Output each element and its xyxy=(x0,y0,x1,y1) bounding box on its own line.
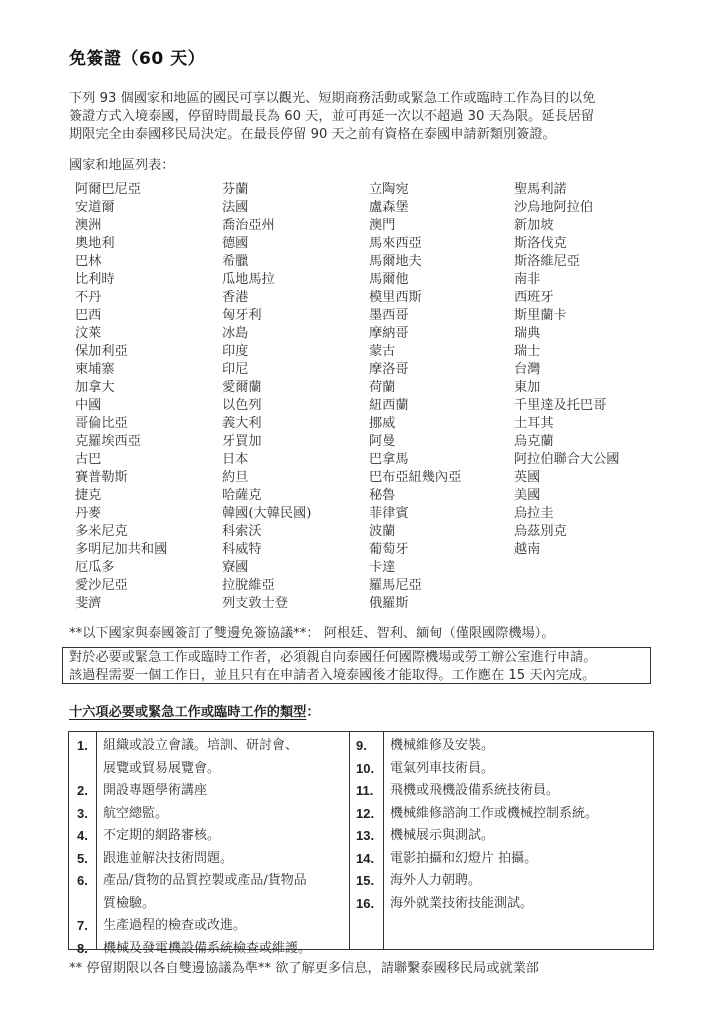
country-item: 愛爾蘭 xyxy=(222,379,372,397)
bilateral-agreement-note: **以下國家與泰國簽訂了雙邊免簽協議**： 阿根廷、智利、緬甸（僅限國際機場）。 xyxy=(69,622,555,641)
work-type-number: 5. xyxy=(69,848,96,871)
work-type-number xyxy=(69,893,96,916)
country-item: 拉脫維亞 xyxy=(222,577,372,595)
country-item: 盧森堡 xyxy=(369,199,519,217)
work-type-number: 12. xyxy=(349,803,383,826)
country-item: 冰島 xyxy=(222,325,372,343)
work-type-row: 3.航空總監。 xyxy=(69,803,349,826)
country-item: 紐西蘭 xyxy=(369,397,519,415)
country-item: 印度 xyxy=(222,343,372,361)
country-item: 列支敦士登 xyxy=(222,595,372,613)
country-item: 阿拉伯聯合大公國 xyxy=(514,451,664,469)
country-item: 馬來西亞 xyxy=(369,235,519,253)
country-item: 不丹 xyxy=(75,289,225,307)
country-item: 南非 xyxy=(514,271,664,289)
work-types-heading: 十六項必要或緊急工作或臨時工作的類型： xyxy=(69,701,320,720)
country-item: 挪威 xyxy=(369,415,519,433)
country-column-4: 聖馬利諾沙烏地阿拉伯新加坡斯洛伐克斯洛維尼亞南非西班牙斯里蘭卡瑞典瑞士台灣東加千… xyxy=(514,181,664,559)
country-item: 阿爾巴尼亞 xyxy=(75,181,225,199)
country-item: 日本 xyxy=(222,451,372,469)
country-item: 東加 xyxy=(514,379,664,397)
country-item: 沙烏地阿拉伯 xyxy=(514,199,664,217)
work-types-left-column: 1.組織或設立會議。培訓、研討會、展覽或貿易展覽會。2.開設專題學術講座3.航空… xyxy=(69,732,350,949)
country-item: 汶萊 xyxy=(75,325,225,343)
country-item: 中國 xyxy=(75,397,225,415)
work-type-row: 5.跟進並解決技術問題。 xyxy=(69,848,349,871)
country-item: 義大利 xyxy=(222,415,372,433)
notice-line: 該過程需要一個工作日，並且只有在申請者入境泰國後才能取得。工作應在 15 天內完… xyxy=(69,667,650,684)
work-type-text: 海外人力朝聘。 xyxy=(383,870,481,893)
country-item: 哈薩克 xyxy=(222,487,372,505)
country-item: 英國 xyxy=(514,469,664,487)
country-item: 烏拉圭 xyxy=(514,505,664,523)
work-type-number: 15. xyxy=(349,870,383,893)
country-item: 菲律賓 xyxy=(369,505,519,523)
heading-colon: ： xyxy=(306,705,319,720)
country-item: 秘魯 xyxy=(369,487,519,505)
work-type-text: 質檢驗。 xyxy=(96,893,155,916)
country-item: 羅馬尼亞 xyxy=(369,577,519,595)
country-item: 千里達及托巴哥 xyxy=(514,397,664,415)
work-type-number: 10. xyxy=(349,758,383,781)
country-item: 哥倫比亞 xyxy=(75,415,225,433)
country-item: 蒙古 xyxy=(369,343,519,361)
work-type-text: 展覽或貿易展覽會。 xyxy=(96,758,220,781)
work-type-text: 機械維修及安裝。 xyxy=(383,735,494,758)
intro-line: 簽證方式入境泰國，停留時間最長為 60 天，並可再延一次以不超過 30 天為限。… xyxy=(69,108,659,126)
work-type-text: 組織或設立會議。培訓、研討會、 xyxy=(96,735,298,758)
work-type-text: 航空總監。 xyxy=(96,803,168,826)
work-type-row: 15.海外人力朝聘。 xyxy=(349,870,653,893)
country-column-2: 芬蘭法國喬治亞州德國希臘瓜地馬拉香港匈牙利冰島印度印尼愛爾蘭以色列義大利牙買加日… xyxy=(222,181,372,613)
country-item: 科威特 xyxy=(222,541,372,559)
country-item: 多米尼克 xyxy=(75,523,225,541)
country-item: 巴布亞紐幾內亞 xyxy=(369,469,519,487)
work-type-number: 2. xyxy=(69,780,96,803)
country-item: 奧地利 xyxy=(75,235,225,253)
country-item: 加拿大 xyxy=(75,379,225,397)
country-item: 葡萄牙 xyxy=(369,541,519,559)
work-types-table: 1.組織或設立會議。培訓、研討會、展覽或貿易展覽會。2.開設專題學術講座3.航空… xyxy=(68,731,654,950)
work-type-number: 7. xyxy=(69,915,96,938)
country-column-1: 阿爾巴尼亞安道爾澳洲奧地利巴林比利時不丹巴西汶萊保加利亞柬埔寨加拿大中國哥倫比亞… xyxy=(75,181,225,613)
country-item: 聖馬利諾 xyxy=(514,181,664,199)
work-type-row: 16.海外就業技術技能測試。 xyxy=(349,893,653,916)
country-item: 厄瓜多 xyxy=(75,559,225,577)
country-item: 西班牙 xyxy=(514,289,664,307)
country-item: 立陶宛 xyxy=(369,181,519,199)
work-type-row: 11.飛機或飛機設備系統技術員。 xyxy=(349,780,653,803)
work-type-row: 質檢驗。 xyxy=(69,893,349,916)
country-item: 台灣 xyxy=(514,361,664,379)
country-item: 波蘭 xyxy=(369,523,519,541)
country-item: 澳門 xyxy=(369,217,519,235)
country-item: 韓國(大韓民國) xyxy=(222,505,372,523)
country-item: 芬蘭 xyxy=(222,181,372,199)
work-type-row: 12.機械維修諮詢工作或機械控制系統。 xyxy=(349,803,653,826)
country-item: 以色列 xyxy=(222,397,372,415)
work-type-text: 生產過程的檢查或改進。 xyxy=(96,915,246,938)
work-type-row: 13.機械展示與測試。 xyxy=(349,825,653,848)
country-item: 古巴 xyxy=(75,451,225,469)
country-item: 希臘 xyxy=(222,253,372,271)
country-item: 牙買加 xyxy=(222,433,372,451)
work-type-row: 9.機械維修及安裝。 xyxy=(349,735,653,758)
country-item: 柬埔寨 xyxy=(75,361,225,379)
work-type-rows: 9.機械維修及安裝。10.電氣列車技術員。11.飛機或飛機設備系統技術員。12.… xyxy=(349,735,653,915)
country-item: 多明尼加共和國 xyxy=(75,541,225,559)
country-item: 土耳其 xyxy=(514,415,664,433)
country-item: 巴拿馬 xyxy=(369,451,519,469)
work-type-rows: 1.組織或設立會議。培訓、研討會、展覽或貿易展覽會。2.開設專題學術講座3.航空… xyxy=(69,735,349,960)
country-item: 阿曼 xyxy=(369,433,519,451)
country-item: 俄羅斯 xyxy=(369,595,519,613)
country-item: 約旦 xyxy=(222,469,372,487)
work-type-row: 7.生產過程的檢查或改進。 xyxy=(69,915,349,938)
country-item: 摩洛哥 xyxy=(369,361,519,379)
work-types-right-column: 9.機械維修及安裝。10.電氣列車技術員。11.飛機或飛機設備系統技術員。12.… xyxy=(349,732,653,949)
work-type-number: 4. xyxy=(69,825,96,848)
country-item: 寮國 xyxy=(222,559,372,577)
country-item: 科索沃 xyxy=(222,523,372,541)
country-item: 馬爾他 xyxy=(369,271,519,289)
country-item: 保加利亞 xyxy=(75,343,225,361)
work-type-text: 飛機或飛機設備系統技術員。 xyxy=(383,780,559,803)
country-item: 斯洛維尼亞 xyxy=(514,253,664,271)
country-item: 墨西哥 xyxy=(369,307,519,325)
country-item: 模里西斯 xyxy=(369,289,519,307)
work-type-number: 1. xyxy=(69,735,96,758)
work-type-number: 16. xyxy=(349,893,383,916)
country-item: 克羅埃西亞 xyxy=(75,433,225,451)
country-item: 法國 xyxy=(222,199,372,217)
country-item: 愛沙尼亞 xyxy=(75,577,225,595)
country-item: 比利時 xyxy=(75,271,225,289)
work-type-row: 14.電影拍攝和幻燈片 拍攝。 xyxy=(349,848,653,871)
country-item: 馬爾地夫 xyxy=(369,253,519,271)
country-list-heading: 國家和地區列表： xyxy=(69,154,175,173)
country-item: 烏茲別克 xyxy=(514,523,664,541)
country-item: 荷蘭 xyxy=(369,379,519,397)
country-item: 巴林 xyxy=(75,253,225,271)
work-type-text: 電氣列車技術員。 xyxy=(383,758,494,781)
work-type-text: 海外就業技術技能測試。 xyxy=(383,893,533,916)
country-item: 賽普勒斯 xyxy=(75,469,225,487)
intro-line: 期限完全由泰國移民局決定。在最長停留 90 天之前有資格在泰國申請新類別簽證。 xyxy=(69,126,659,144)
country-item: 美國 xyxy=(514,487,664,505)
country-item: 斯洛伐克 xyxy=(514,235,664,253)
work-type-number xyxy=(69,758,96,781)
notice-box: 對於必要或緊急工作或臨時工作者，必須親自向泰國任何國際機場或勞工辦公室進行申請。… xyxy=(62,647,651,684)
country-item: 安道爾 xyxy=(75,199,225,217)
country-item: 斐濟 xyxy=(75,595,225,613)
work-type-row: 1.組織或設立會議。培訓、研討會、 xyxy=(69,735,349,758)
work-type-text: 機械維修諮詢工作或機械控制系統。 xyxy=(383,803,598,826)
work-type-text: 電影拍攝和幻燈片 拍攝。 xyxy=(383,848,537,871)
work-type-row: 10.電氣列車技術員。 xyxy=(349,758,653,781)
work-type-text: 跟進並解決技術問題。 xyxy=(96,848,233,871)
country-item: 瑞士 xyxy=(514,343,664,361)
work-type-text: 開設專題學術講座 xyxy=(96,780,207,803)
work-types-heading-text: 十六項必要或緊急工作或臨時工作的類型 xyxy=(69,705,306,720)
work-type-number: 14. xyxy=(349,848,383,871)
work-type-number: 11. xyxy=(349,780,383,803)
work-type-row: 2.開設專題學術講座 xyxy=(69,780,349,803)
country-item: 捷克 xyxy=(75,487,225,505)
country-item: 瓜地馬拉 xyxy=(222,271,372,289)
work-type-text: 產品/貨物的品質控製或產品/貨物品 xyxy=(96,870,307,893)
intro-line: 下列 93 個國家和地區的國民可享以觀光、短期商務活動或緊急工作或臨時工作為目的… xyxy=(69,90,659,108)
work-type-row: 展覽或貿易展覽會。 xyxy=(69,758,349,781)
work-type-text: 機械展示與測試。 xyxy=(383,825,494,848)
country-item: 烏克蘭 xyxy=(514,433,664,451)
country-item: 瑞典 xyxy=(514,325,664,343)
country-item: 摩納哥 xyxy=(369,325,519,343)
country-item: 新加坡 xyxy=(514,217,664,235)
page-title: 免簽證（60 天） xyxy=(69,44,205,69)
country-item: 喬治亞州 xyxy=(222,217,372,235)
document-page: 免簽證（60 天） 下列 93 個國家和地區的國民可享以觀光、短期商務活動或緊急… xyxy=(0,0,724,1024)
work-type-row: 4.不定期的網路審核。 xyxy=(69,825,349,848)
country-item: 越南 xyxy=(514,541,664,559)
country-item: 巴西 xyxy=(75,307,225,325)
country-item: 香港 xyxy=(222,289,372,307)
country-item: 卡達 xyxy=(369,559,519,577)
country-item: 印尼 xyxy=(222,361,372,379)
work-type-number: 3. xyxy=(69,803,96,826)
work-type-number: 9. xyxy=(349,735,383,758)
work-type-number: 13. xyxy=(349,825,383,848)
notice-line: 對於必要或緊急工作或臨時工作者，必須親自向泰國任何國際機場或勞工辦公室進行申請。 xyxy=(69,649,650,666)
country-column-3: 立陶宛盧森堡澳門馬來西亞馬爾地夫馬爾他模里西斯墨西哥摩納哥蒙古摩洛哥荷蘭紐西蘭挪… xyxy=(369,181,519,613)
country-item: 澳洲 xyxy=(75,217,225,235)
intro-paragraph: 下列 93 個國家和地區的國民可享以觀光、短期商務活動或緊急工作或臨時工作為目的… xyxy=(69,90,659,144)
footnote: ** 停留期限以各自雙邊協議為準** 欲了解更多信息，請聯繫泰國移民局或就業部 xyxy=(69,957,539,976)
work-type-row: 6.產品/貨物的品質控製或產品/貨物品 xyxy=(69,870,349,893)
country-item: 丹麥 xyxy=(75,505,225,523)
country-item: 斯里蘭卡 xyxy=(514,307,664,325)
country-item: 匈牙利 xyxy=(222,307,372,325)
country-item: 德國 xyxy=(222,235,372,253)
work-type-text: 不定期的網路審核。 xyxy=(96,825,220,848)
work-type-number: 6. xyxy=(69,870,96,893)
